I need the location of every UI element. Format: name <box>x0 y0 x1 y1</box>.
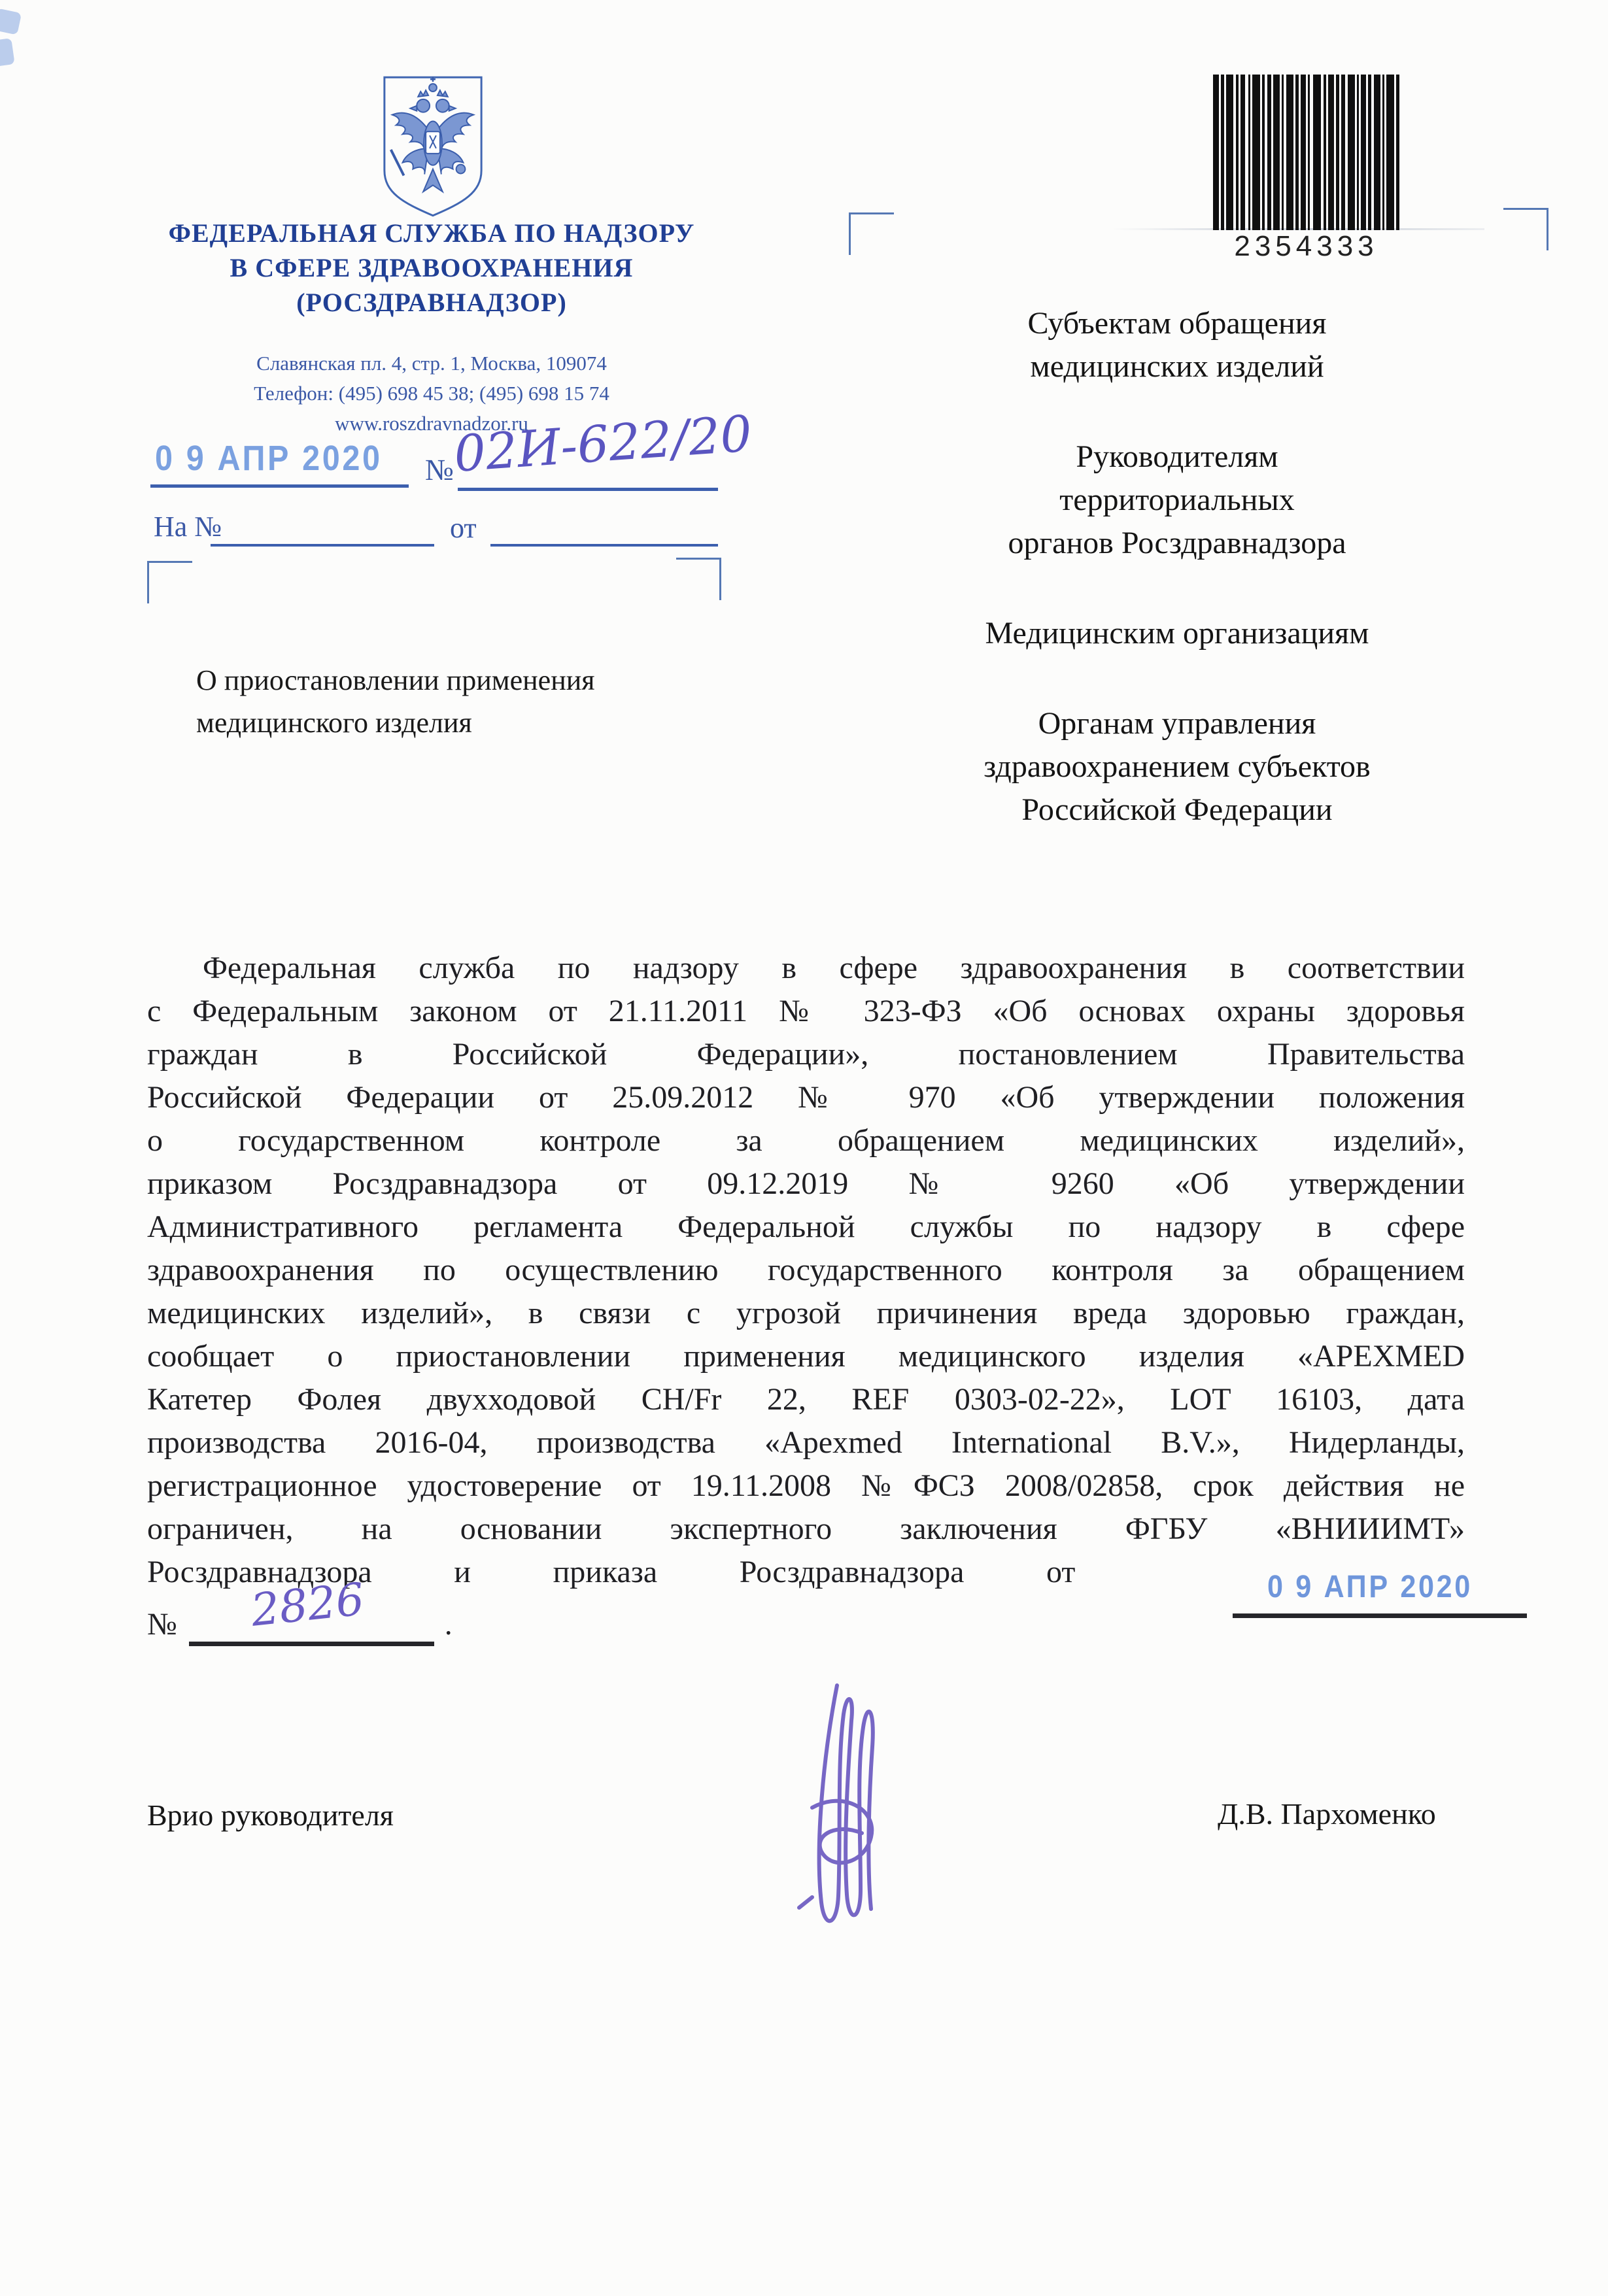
order-number-sign: № <box>147 1603 177 1646</box>
barcode-bar <box>1213 75 1219 230</box>
order-date-underline <box>1233 1613 1527 1618</box>
body-line: сообщает о приостановлении применения ме… <box>147 1335 1465 1378</box>
recipient-line: медицинских изделий <box>847 345 1507 388</box>
recipients-block: Субъектам обращения медицинских изделий … <box>847 302 1507 879</box>
barcode-bars <box>1213 75 1399 230</box>
recipient-line: территориальных <box>847 479 1507 522</box>
body-line: граждан в Российской Федерации», постано… <box>147 1033 1465 1076</box>
reference-label-na: На № <box>154 510 222 543</box>
body-word: Росздравнадзора <box>740 1551 965 1594</box>
body-line: ограничен, на основании экспертного закл… <box>147 1508 1465 1551</box>
org-name-line: (РОСЗДРАВНАДЗОР) <box>78 285 785 320</box>
scanned-letter-page: ФЕДЕРАЛЬНАЯ СЛУЖБА ПО НАДЗОРУ В СФЕРЕ ЗД… <box>0 0 1608 2296</box>
barcode-bar <box>1386 75 1394 230</box>
body-line: Российской Федерации от 25.09.2012 № 970… <box>147 1076 1465 1119</box>
reference-underline <box>490 544 718 547</box>
barcode-bar <box>1226 75 1233 230</box>
body-line: здравоохранения по осуществлению государ… <box>147 1249 1465 1292</box>
order-number-handwritten: 2826 <box>249 1578 366 1633</box>
signer-position: Врио руководителя <box>147 1798 394 1832</box>
corner-mark-icon <box>1503 208 1548 250</box>
reference-label-ot: от <box>450 511 477 545</box>
subject-line: О приостановлении применения <box>196 659 693 701</box>
body-word: приказа <box>553 1551 658 1594</box>
state-emblem-icon <box>378 72 488 221</box>
recipient-line: Органам управления <box>847 702 1507 745</box>
barcode-bar <box>1240 75 1246 230</box>
recipient-group: Руководителям территориальных органов Ро… <box>847 435 1507 565</box>
order-number-writein-field: 2826 <box>189 1595 434 1646</box>
scan-smudge <box>0 8 22 35</box>
recipient-line: здравоохранением субъектов <box>847 745 1507 788</box>
body-line: регистрационное удостоверение от 19.11.2… <box>147 1464 1465 1508</box>
signer-name: Д.В. Пархоменко <box>1218 1797 1436 1831</box>
corner-mark-icon <box>849 212 894 255</box>
body-word: и <box>454 1551 471 1594</box>
body-line: производства 2016-04, производства «Apex… <box>147 1421 1465 1464</box>
corner-mark-icon <box>147 561 192 603</box>
number-underline <box>458 488 718 491</box>
subject: О приостановлении применения медицинског… <box>196 659 693 744</box>
barcode-bar <box>1301 75 1306 230</box>
scan-smudge <box>0 38 15 67</box>
recipient-line: Субъектам обращения <box>847 302 1507 345</box>
body-line: Катетер Фолея двухходовой CH/Fr 22, REF … <box>147 1378 1465 1421</box>
barcode-bar <box>1313 75 1321 230</box>
body-line: медицинских изделий», в связи с угрозой … <box>147 1292 1465 1335</box>
body-word: от <box>1046 1551 1075 1594</box>
recipient-line: Руководителям <box>847 435 1507 479</box>
recipient-line: Медицинским организациям <box>847 612 1507 655</box>
recipient-group: Субъектам обращения медицинских изделий <box>847 302 1507 388</box>
reference-underline <box>211 544 434 547</box>
org-phone: Телефон: (495) 698 45 38; (495) 698 15 7… <box>78 379 785 409</box>
recipient-line: Российской Федерации <box>847 788 1507 832</box>
org-name-line: В СФЕРЕ ЗДРАВООХРАНЕНИЯ <box>78 250 785 285</box>
barcode-bar <box>1328 75 1334 230</box>
barcode-bar <box>1252 75 1260 230</box>
number-sign: № <box>425 452 454 487</box>
body-line: о государственном контроле за обращением… <box>147 1119 1465 1162</box>
barcode-number: 2354333 <box>1213 230 1399 263</box>
subject-line: медицинского изделия <box>196 701 693 744</box>
corner-mark-icon <box>676 558 721 600</box>
org-name: ФЕДЕРАЛЬНАЯ СЛУЖБА ПО НАДЗОРУ В СФЕРЕ ЗД… <box>78 216 785 320</box>
recipient-group: Медицинским организациям <box>847 612 1507 655</box>
date-stamp: 0 9 АПР 2020 <box>1267 1569 1473 1605</box>
barcode-bar <box>1374 75 1380 230</box>
handwritten-signature-icon <box>739 1674 948 1948</box>
barcode-bar <box>1286 75 1293 230</box>
body-line: Федеральная служба по надзору в сфере зд… <box>147 947 1465 990</box>
body-line: Административного регламента Федеральной… <box>147 1206 1465 1249</box>
org-name-line: ФЕДЕРАЛЬНАЯ СЛУЖБА ПО НАДЗОРУ <box>78 216 785 250</box>
barcode-bar <box>1273 75 1279 230</box>
barcode-bar <box>1396 75 1399 230</box>
recipient-group: Органам управления здравоохранением субъ… <box>847 702 1507 832</box>
org-address: Славянская пл. 4, стр. 1, Москва, 109074 <box>78 348 785 379</box>
barcode-bar <box>1348 75 1355 230</box>
body-line: с Федеральным законом от 21.11.2011 № 32… <box>147 990 1465 1033</box>
date-stamp: 0 9 АПР 2020 <box>155 438 383 479</box>
letter-body: Федеральная служба по надзору в сфере зд… <box>147 947 1465 1646</box>
recipient-line: органов Росздравнадзора <box>847 522 1507 565</box>
body-line: приказом Росздравнадзора от 09.12.2019 №… <box>147 1162 1465 1206</box>
period: . <box>445 1603 453 1646</box>
date-underline <box>150 484 409 488</box>
barcode-bar <box>1361 75 1366 230</box>
